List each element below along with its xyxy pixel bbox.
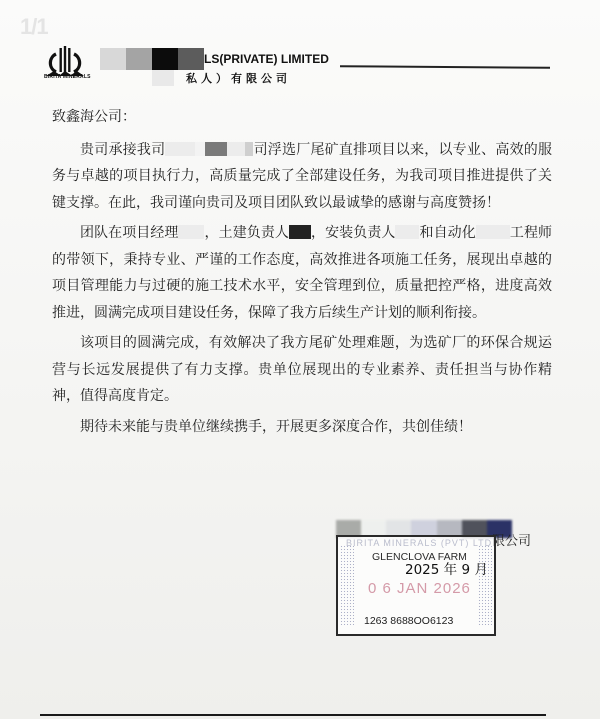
stamp-faint-header: BIRITA MINERALS (PVT) LTD [346, 538, 492, 548]
redaction [289, 225, 311, 239]
stamp-date: 0 6 JAN 2026 [368, 580, 471, 597]
redaction [476, 225, 510, 239]
redaction-company-name [100, 48, 204, 70]
company-name-en: LS(PRIVATE) LIMITED [204, 52, 329, 66]
paragraph-1: 贵司承接我司司浮选厂尾矿直排项目以来，以专业、高效的服务与卓越的项目执行力，高质… [52, 137, 552, 217]
redaction [165, 142, 195, 156]
paragraph-1-start: 贵司承接我司 [80, 142, 165, 158]
company-name-cn: 私人）有限公司 [186, 70, 291, 86]
signature-company-suffix: 限公司 [492, 530, 531, 549]
footer-rule [40, 714, 546, 716]
stamp-number: 1263 8688OO6123 [364, 615, 453, 627]
redaction [227, 142, 245, 156]
paragraph-2-part: 和自动化 [419, 225, 475, 241]
header-rule [340, 65, 550, 68]
page-indicator: 1/1 [20, 14, 48, 40]
redaction [205, 142, 227, 156]
redaction [178, 225, 204, 239]
salutation: 致鑫海公司： [52, 104, 552, 131]
redaction [395, 225, 419, 239]
paragraph-2-part: 团队在项目经理 [80, 225, 178, 241]
signature-date: 2025 年 9 月 [405, 558, 488, 578]
paragraph-2: 团队在项目经理，土建负责人，安装负责人和自动化工程师的带领下，秉持专业、严谨的工… [52, 220, 552, 326]
logo-caption: BIRITA MINERALS [44, 74, 90, 80]
paragraph-2-part: ，安装负责人 [311, 225, 395, 241]
letter-body: 致鑫海公司： 贵司承接我司司浮选厂尾矿直排项目以来，以专业、高效的服务与卓越的项… [52, 104, 552, 440]
redaction-company-name-cn [152, 70, 174, 86]
redaction [195, 142, 205, 156]
paragraph-3: 该项目的圆满完成，有效解决了我方尾矿处理难题，为选矿厂的环保合规运营与长远发展提… [52, 330, 552, 410]
receipt-stamp: BIRITA MINERALS (PVT) LTD GLENCLOVA FARM… [336, 535, 496, 636]
paragraph-2-part: ，土建负责人 [204, 225, 288, 241]
stamp-texture [340, 545, 354, 625]
letter-page: 1/1 BIRITA MINERALS LS(PRIVATE) LIMITED … [0, 0, 600, 719]
paragraph-4: 期待未来能与贵单位继续携手，开展更多深度合作，共创佳绩！ [52, 414, 552, 441]
stamp-texture [478, 545, 492, 625]
